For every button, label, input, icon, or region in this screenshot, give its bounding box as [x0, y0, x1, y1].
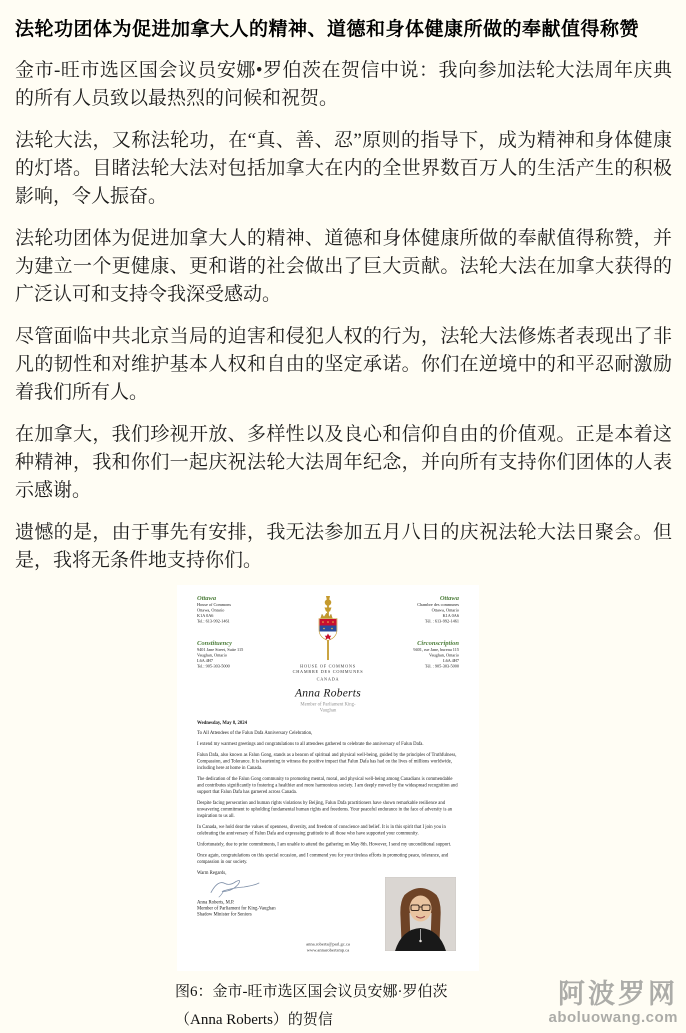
letterhead: Ottawa House of Commons Ottawa, Ontario …: [177, 585, 479, 714]
letter-image: Ottawa House of Commons Ottawa, Ontario …: [177, 585, 479, 971]
watermark: 阿波罗网 aboluowang.com: [548, 980, 678, 1027]
org-line-fr: CHAMBRE DES COMMUNES: [276, 669, 381, 675]
letter-paragraph: Falun Dafa, also known as Falun Gong, st…: [197, 752, 459, 772]
paragraph-3: 法轮功团体为促进加拿大人的精神、道德和身体健康所做的奉献值得称赞，并为建立一个更…: [15, 225, 672, 309]
ottawa-fr-heading: Ottawa: [383, 595, 459, 601]
circonscription-address: Circonscription 9401, rue Jane, bureau 1…: [383, 640, 459, 669]
letter-paragraph: Unfortunately, due to prior commitments,…: [197, 842, 459, 849]
figure-caption: 图6：金市-旺市选区国会议员安娜·罗伯茨 （Anna Roberts）的贺信: [175, 978, 479, 1033]
address-line: Tél. : 905-303-5000: [383, 664, 459, 670]
ottawa-en-heading: Ottawa: [197, 595, 273, 601]
anna-roberts-photo: [385, 877, 456, 951]
article: 法轮功团体为促进加拿大人的精神、道德和身体健康所做的奉献值得称赞 金市-旺市选区…: [0, 0, 686, 1033]
house-of-commons-crest-icon: [311, 595, 346, 661]
address-line: Tel.: 905-303-5000: [197, 664, 273, 670]
letter-paragraph: The dedication of the Falun Gong communi…: [197, 776, 459, 796]
letter-body: To All Attendees of the Falun Dafa Anniv…: [197, 730, 459, 866]
paragraph-5: 在加拿大，我们珍视开放、多样性以及良心和信仰自由的价值观。正是本着这种精神，我和…: [15, 421, 672, 505]
letter-date: Wednesday, May 8, 2024: [197, 721, 459, 726]
letterhead-left-column: Ottawa House of Commons Ottawa, Ontario …: [197, 595, 273, 714]
org-name: HOUSE OF COMMONS CHAMBRE DES COMMUNES CA…: [276, 664, 381, 683]
watermark-domain: aboluowang.com: [548, 1008, 678, 1027]
caption-line-2: （Anna Roberts）的贺信: [175, 1006, 479, 1033]
circonscription-heading: Circonscription: [383, 640, 459, 646]
ottawa-en-address: Ottawa House of Commons Ottawa, Ontario …: [197, 595, 273, 624]
signature: [207, 877, 267, 898]
address-line: Tél. : 613-992-1461: [383, 619, 459, 625]
caption-line-1: 图6：金市-旺市选区国会议员安娜·罗伯茨: [175, 978, 479, 1006]
letter-paragraph: Once again, congratulations on this spec…: [197, 853, 459, 866]
ottawa-fr-address: Ottawa Chambre des communes Ottawa, Onta…: [383, 595, 459, 624]
address-line: Tel.: 613-992-1461: [197, 619, 273, 625]
letter-content: Ottawa House of Commons Ottawa, Ontario …: [177, 585, 479, 971]
mp-name: Anna Roberts: [276, 687, 381, 700]
letter-paragraph: I extend my warmest greetings and congra…: [197, 741, 459, 748]
letter-paragraph: Despite facing persecution and human rig…: [197, 800, 459, 820]
watermark-logo: 阿波罗网: [548, 980, 678, 1008]
paragraph-4: 尽管面临中共北京当局的迫害和侵犯人权的行为，法轮大法修炼者表现出了非凡的韧性和对…: [15, 323, 672, 407]
org-line-canada: CANADA: [276, 677, 381, 683]
letterhead-right-column: Ottawa Chambre des communes Ottawa, Onta…: [383, 595, 459, 714]
article-title: 法轮功团体为促进加拿大人的精神、道德和身体健康所做的奉献值得称赞: [15, 17, 672, 43]
paragraph-1: 金市-旺市选区国会议员安娜•罗伯茨在贺信中说：我向参加法轮大法周年庆典的所有人员…: [15, 57, 672, 113]
paragraph-2: 法轮大法，又称法轮功，在“真、善、忍”原则的指导下，成为精神和身体健康的灯塔。目…: [15, 127, 672, 211]
letter-figure: Ottawa House of Commons Ottawa, Ontario …: [177, 585, 479, 1033]
letter-closing: Warm Regards,: [197, 871, 459, 876]
constituency-heading: Constituency: [197, 640, 273, 646]
constituency-address: Constituency 9401 Jane Street, Suite 115…: [197, 640, 273, 669]
letterhead-center: HOUSE OF COMMONS CHAMBRE DES COMMUNES CA…: [276, 595, 381, 714]
letter-salutation: To All Attendees of the Falun Dafa Anniv…: [197, 730, 459, 737]
mp-role: Member of Parliament King- Vaughan: [276, 702, 381, 714]
mp-role-line-2: Vaughan: [276, 708, 381, 714]
letter-paragraph: In Canada, we hold dear the values of op…: [197, 824, 459, 837]
paragraph-6: 遗憾的是，由于事先有安排，我无法参加五月八日的庆祝法轮大法日聚会。但是，我将无条…: [15, 519, 672, 575]
